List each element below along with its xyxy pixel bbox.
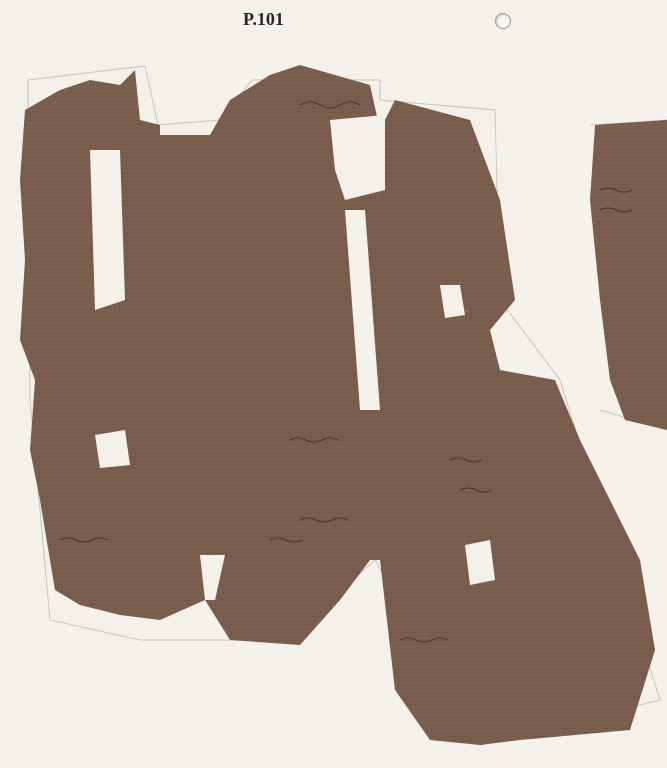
right-fragment	[590, 120, 667, 430]
papyrus-illustration	[0, 0, 667, 768]
main-fragment	[20, 65, 655, 745]
